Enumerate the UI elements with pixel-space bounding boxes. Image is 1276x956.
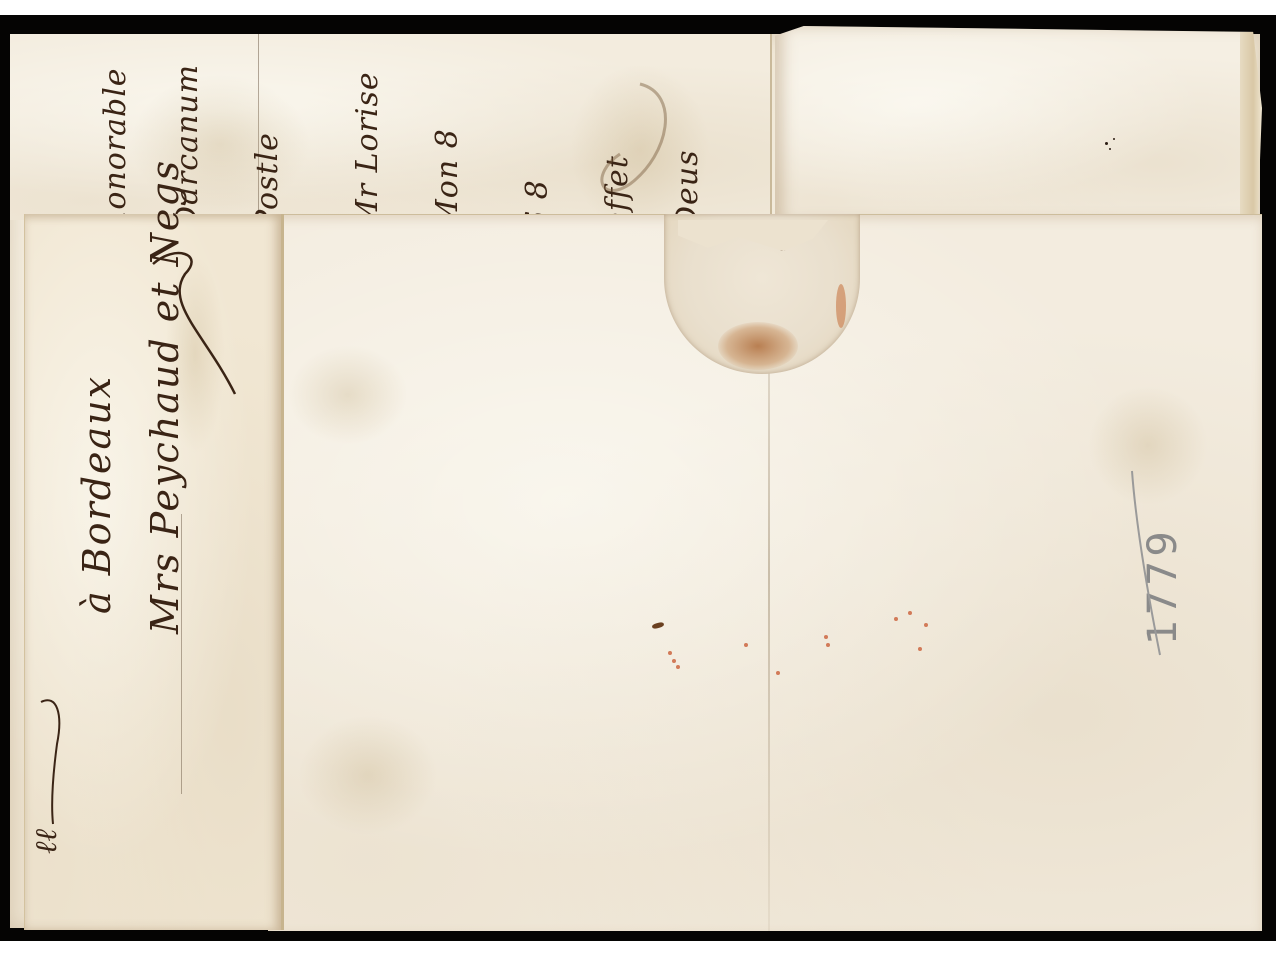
red-mark xyxy=(908,611,912,615)
red-mark xyxy=(924,623,928,627)
red-mark xyxy=(894,617,898,621)
address-line-city: à Bordeaux xyxy=(75,375,119,614)
ink-speck xyxy=(1113,138,1115,140)
ink-speck xyxy=(1105,142,1108,145)
rate-mark: ℓℓ xyxy=(29,829,64,854)
top-right-flap xyxy=(775,26,1253,222)
letter-text-strip: honorable Darcanum Postle Mr Lorise Mon … xyxy=(10,34,772,220)
red-mark xyxy=(744,643,748,647)
red-mark xyxy=(672,659,676,663)
wax-seal-trace xyxy=(836,284,846,328)
address-flourish xyxy=(145,244,255,424)
letter-word: honorable xyxy=(98,67,133,230)
ink-blot xyxy=(652,622,665,630)
letter-word: Mr Lorise xyxy=(350,71,385,230)
red-mark xyxy=(826,643,830,647)
red-mark xyxy=(918,647,922,651)
red-mark xyxy=(824,635,828,639)
red-mark xyxy=(676,665,680,669)
paper-stain xyxy=(298,715,438,835)
wax-seal-remnant xyxy=(718,322,798,370)
red-mark xyxy=(776,671,780,675)
red-mark xyxy=(668,651,672,655)
ink-speck xyxy=(1109,148,1111,150)
address-panel: Mrs Peychaud et Negs à Bordeaux ℓℓ xyxy=(24,214,284,930)
paper-stain xyxy=(288,345,408,445)
pencil-underline xyxy=(1126,465,1166,665)
flourish-loop xyxy=(570,64,690,234)
